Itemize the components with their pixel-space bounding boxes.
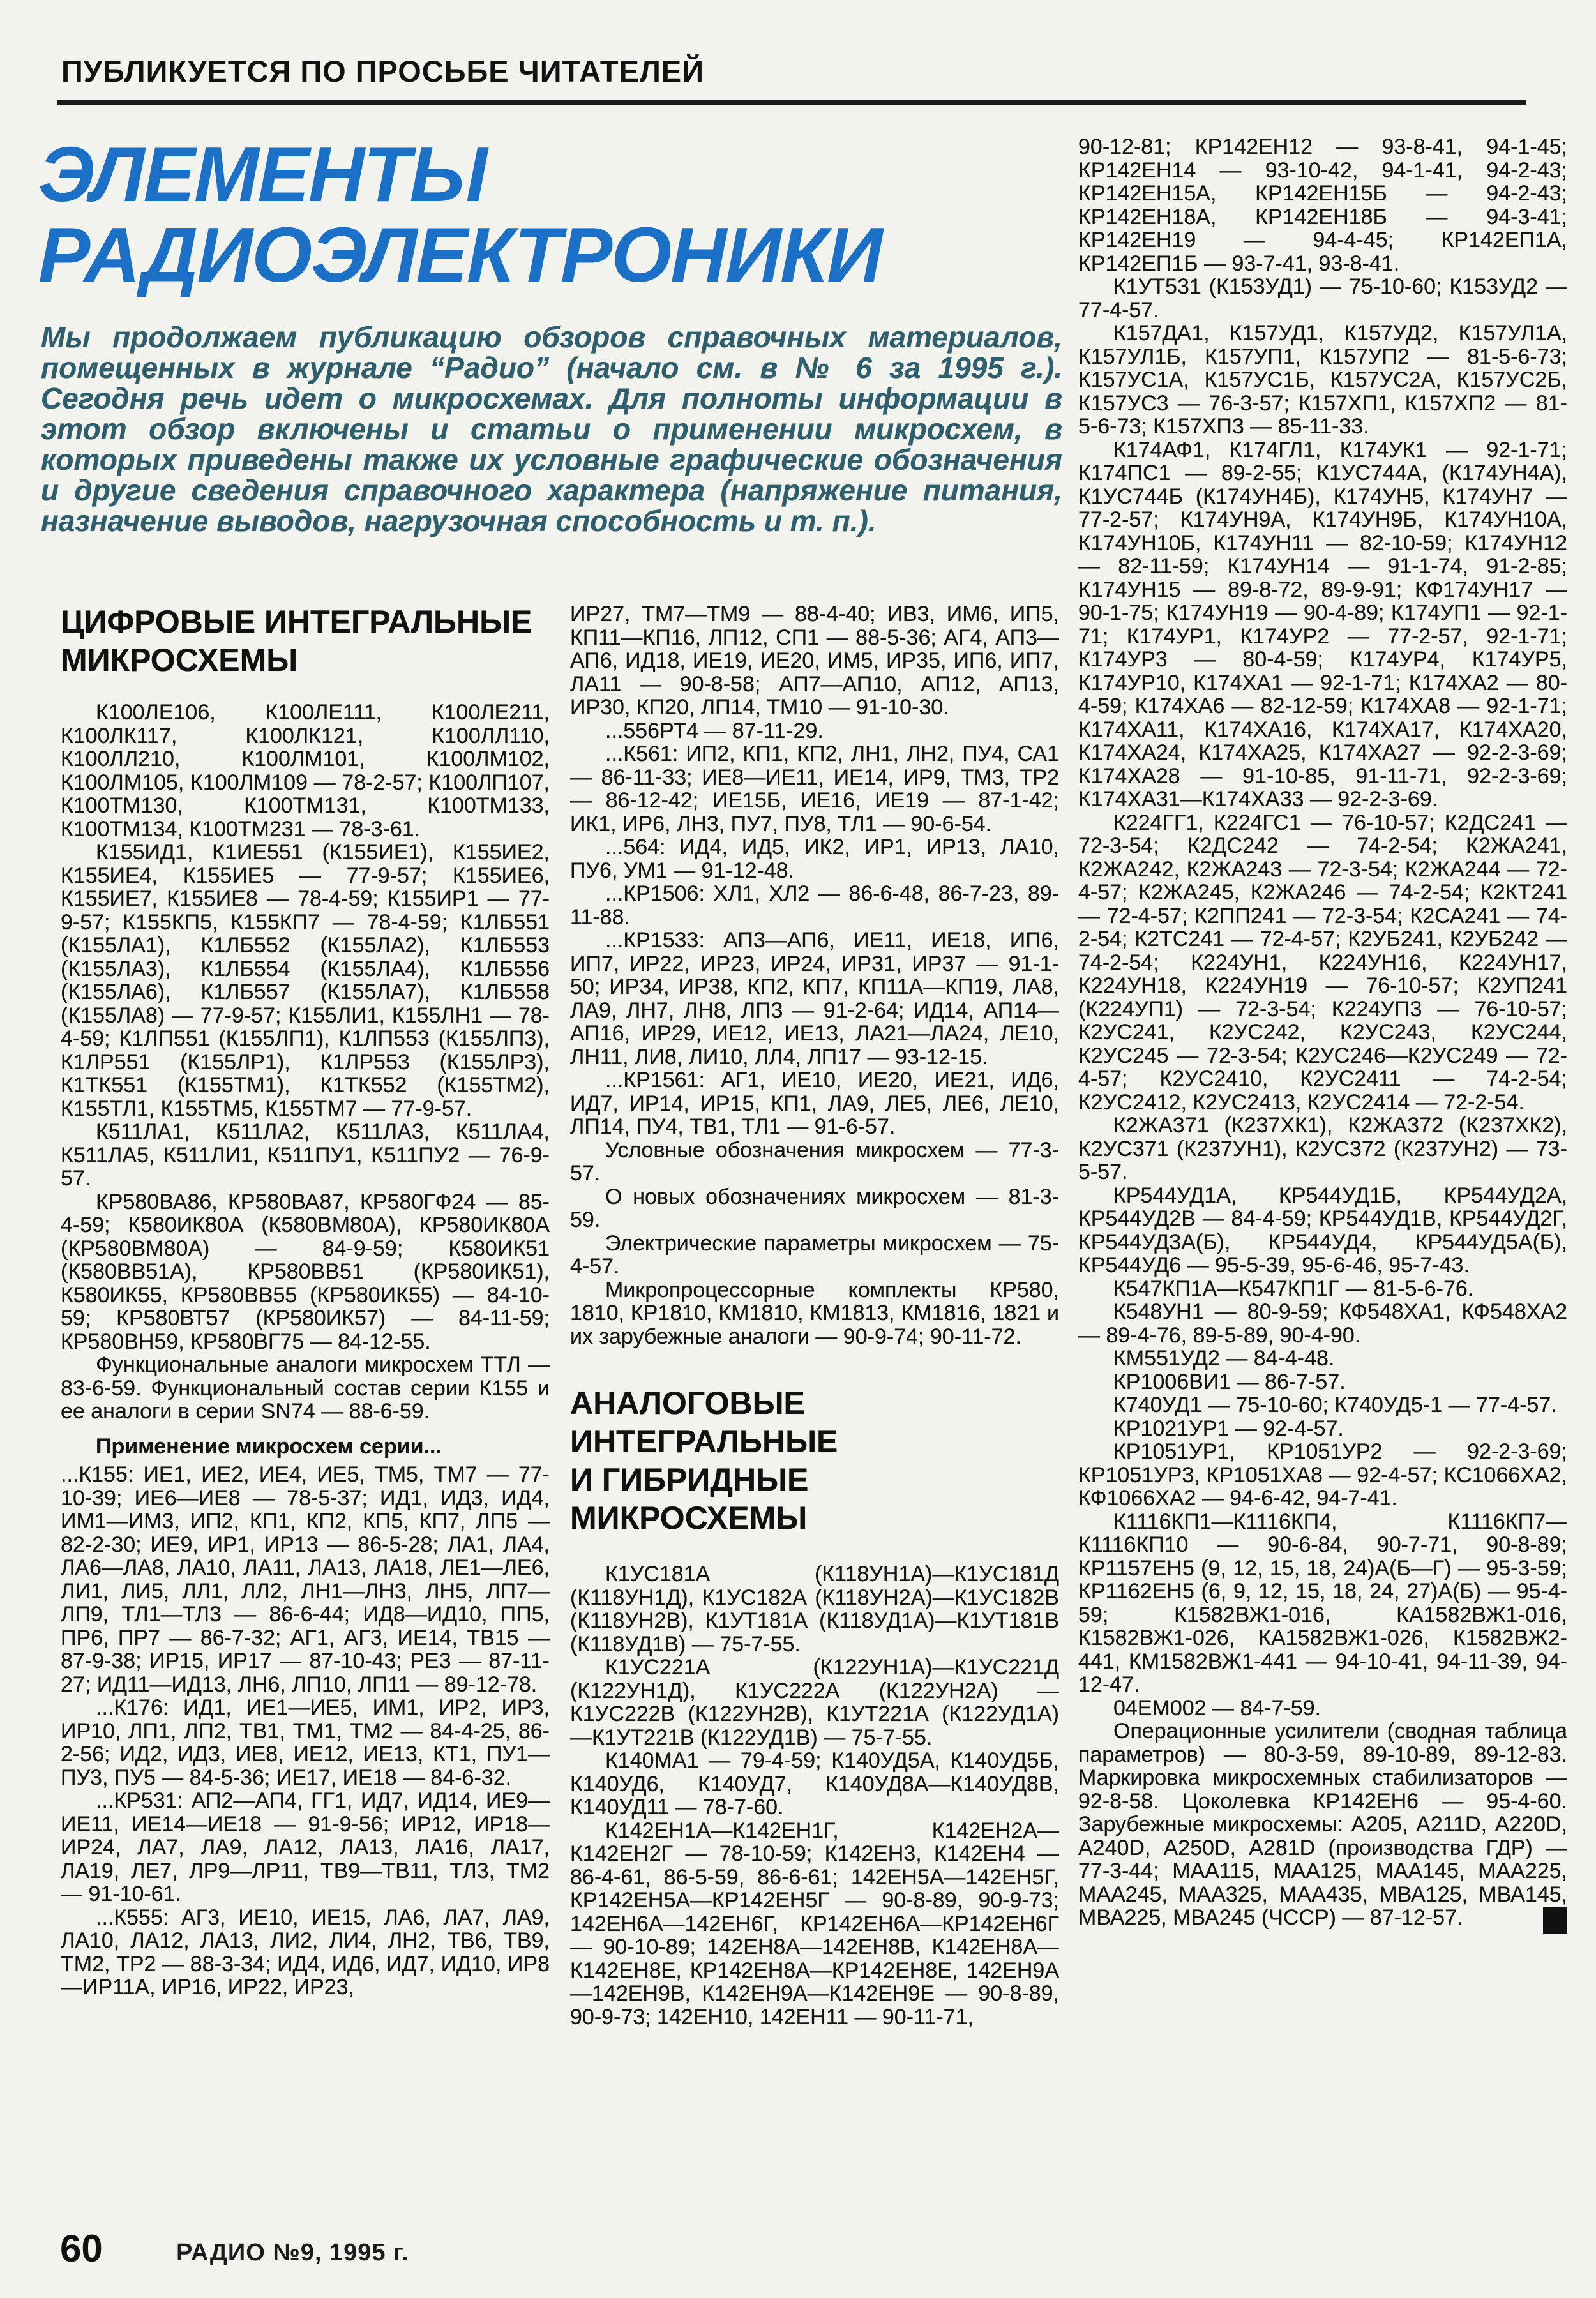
paragraph: ...К561: ИП2, КП1, КП2, ЛН1, ЛН2, ПУ4, С… bbox=[570, 742, 1059, 836]
article-title: ЭЛЕМЕНТЫ РАДИОЭЛЕКТРОНИКИ bbox=[38, 134, 882, 295]
paragraph: К548УН1 — 80-9-59; КФ548ХА1, КФ548ХА2 — … bbox=[1078, 1300, 1567, 1347]
paragraph: К174АФ1, К174ГЛ1, К174УК1 — 92-1-71; К17… bbox=[1078, 439, 1567, 811]
journal-issue-label: РАДИО №9, 1995 г. bbox=[176, 2239, 409, 2267]
paragraph: ...К176: ИД1, ИЕ1—ИЕ5, ИМ1, ИР2, ИР3, ИР… bbox=[61, 1696, 550, 1789]
paragraph: Микропроцессорные комплекты КР580, 1810,… bbox=[570, 1279, 1059, 1349]
paragraph: ...556РТ4 — 87-11-29. bbox=[570, 719, 1059, 743]
header-rule-divider bbox=[57, 100, 1526, 105]
paragraph: ...564: ИД4, ИД5, ИК2, ИР1, ИР13, ЛА10, … bbox=[570, 836, 1059, 882]
end-of-article-mark bbox=[1543, 1907, 1567, 1934]
paragraph: ...К155: ИЕ1, ИЕ2, ИЕ4, ИЕ5, ТМ5, ТМ7 — … bbox=[61, 1463, 550, 1696]
paragraph: К224ГГ1, К224ГС1 — 76-10-57; К2ДС241 — 7… bbox=[1078, 811, 1567, 1115]
paragraph: К142ЕН1А—К142ЕН1Г, К142ЕН2А—К142ЕН2Г — 7… bbox=[570, 1819, 1059, 2029]
paragraph: ...КР1533: АП3—АП6, ИЕ11, ИЕ18, ИП6, ИП7… bbox=[570, 929, 1059, 1069]
paragraph: КР580ВА86, КР580ВА87, КР580ГФ24 — 85-4-5… bbox=[61, 1190, 550, 1354]
paragraph: ИР27, ТМ7—ТМ9 — 88-4-40; ИВ3, ИМ6, ИП5, … bbox=[570, 603, 1059, 719]
column-2: ИР27, ТМ7—ТМ9 — 88-4-40; ИВ3, ИМ6, ИП5, … bbox=[570, 603, 1059, 2029]
paragraph: К1116КП1—К1116КП4, К1116КП7—К1116КП10 — … bbox=[1078, 1510, 1567, 1697]
paragraph: Условные обозначения микросхем — 77-3-57… bbox=[570, 1139, 1059, 1185]
paragraph: ...КР531: АП2—АП4, ГГ1, ИД7, ИД14, ИЕ9—И… bbox=[61, 1789, 550, 1906]
paragraph: К1УС181А (К118УН1А)—К1УС181Д (К118УН1Д),… bbox=[570, 1563, 1059, 1656]
section-heading: АНАЛОГОВЫЕ ИНТЕГРАЛЬНЫЕ И ГИБРИДНЫЕ МИКР… bbox=[570, 1384, 1059, 1537]
paragraph: Операционные усилители (сводная таблица … bbox=[1078, 1720, 1567, 1930]
paragraph: К547КП1А—К547КП1Г — 81-5-6-76. bbox=[1078, 1277, 1567, 1301]
section-heading: ЦИФРОВЫЕ ИНТЕГРАЛЬНЫЕ МИКРОСХЕМЫ bbox=[61, 603, 550, 679]
paragraph: О новых обозначениях микросхем — 81-3-59… bbox=[570, 1185, 1059, 1232]
paragraph: К157ДА1, К157УД1, К157УД2, К157УЛ1А, К15… bbox=[1078, 322, 1567, 439]
paragraph: К100ЛЕ106, К100ЛЕ111, К100ЛЕ211, К100ЛК1… bbox=[61, 701, 550, 841]
paragraph: КМ551УД2 — 84-4-48. bbox=[1078, 1347, 1567, 1371]
intro-paragraph: Мы продолжаем публикацию обзоров справоч… bbox=[41, 322, 1062, 536]
paragraph: Функциональные аналоги микросхем ТТЛ — 8… bbox=[61, 1353, 550, 1423]
paragraph: К1УС221А (К122УН1А)—К1УС221Д (К122УН1Д),… bbox=[570, 1656, 1059, 1749]
paragraph: 90-12-81; КР142ЕН12 — 93-8-41, 94-1-45; … bbox=[1078, 135, 1567, 275]
paragraph: ...КР1506: ХЛ1, ХЛ2 — 86-6-48, 86-7-23, … bbox=[570, 882, 1059, 929]
sub-heading: Применение микросхем серии... bbox=[61, 1435, 550, 1459]
paragraph: 04ЕМ002 — 84-7-59. bbox=[1078, 1697, 1567, 1720]
paragraph: К740УД1 — 75-10-60; К740УД5-1 — 77-4-57. bbox=[1078, 1393, 1567, 1417]
column-3: 90-12-81; КР142ЕН12 — 93-8-41, 94-1-45; … bbox=[1078, 135, 1567, 1934]
paragraph: К511ЛА1, К511ЛА2, К511ЛА3, К511ЛА4, К511… bbox=[61, 1120, 550, 1190]
column-1: ЦИФРОВЫЕ ИНТЕГРАЛЬНЫЕ МИКРОСХЕМЫК100ЛЕ10… bbox=[61, 603, 550, 1999]
paragraph: КР1021УР1 — 92-4-57. bbox=[1078, 1417, 1567, 1441]
paragraph: ...КР1561: АГ1, ИЕ10, ИЕ20, ИЕ21, ИД6, И… bbox=[570, 1069, 1059, 1139]
paragraph: КР544УД1А, КР544УД1Б, КР544УД2А, КР544УД… bbox=[1078, 1184, 1567, 1277]
paragraph: К2ЖА371 (К237ХК1), К2ЖА372 (К237ХК2), К2… bbox=[1078, 1114, 1567, 1184]
paragraph: КР1006ВИ1 — 86-7-57. bbox=[1078, 1371, 1567, 1394]
paragraph: К155ИД1, К1ИЕ551 (К155ИЕ1), К155ИЕ2, К15… bbox=[61, 841, 550, 1120]
paragraph: КР1051УР1, КР1051УР2 — 92-2-3-69; КР1051… bbox=[1078, 1440, 1567, 1510]
kicker-header: ПУБЛИКУЕТСЯ ПО ПРОСЬБЕ ЧИТАТЕЛЕЙ bbox=[61, 54, 704, 89]
paragraph: Электрические параметры микросхем — 75-4… bbox=[570, 1232, 1059, 1279]
paragraph: ...К555: АГ3, ИЕ10, ИЕ15, ЛА6, ЛА7, ЛА9,… bbox=[61, 1906, 550, 1999]
paragraph: К140МА1 — 79-4-59; К140УД5А, К140УД5Б, К… bbox=[570, 1749, 1059, 1819]
paragraph: К1УТ531 (К153УД1) — 75-10-60; К153УД2 — … bbox=[1078, 275, 1567, 322]
page-number: 60 bbox=[60, 2227, 103, 2271]
